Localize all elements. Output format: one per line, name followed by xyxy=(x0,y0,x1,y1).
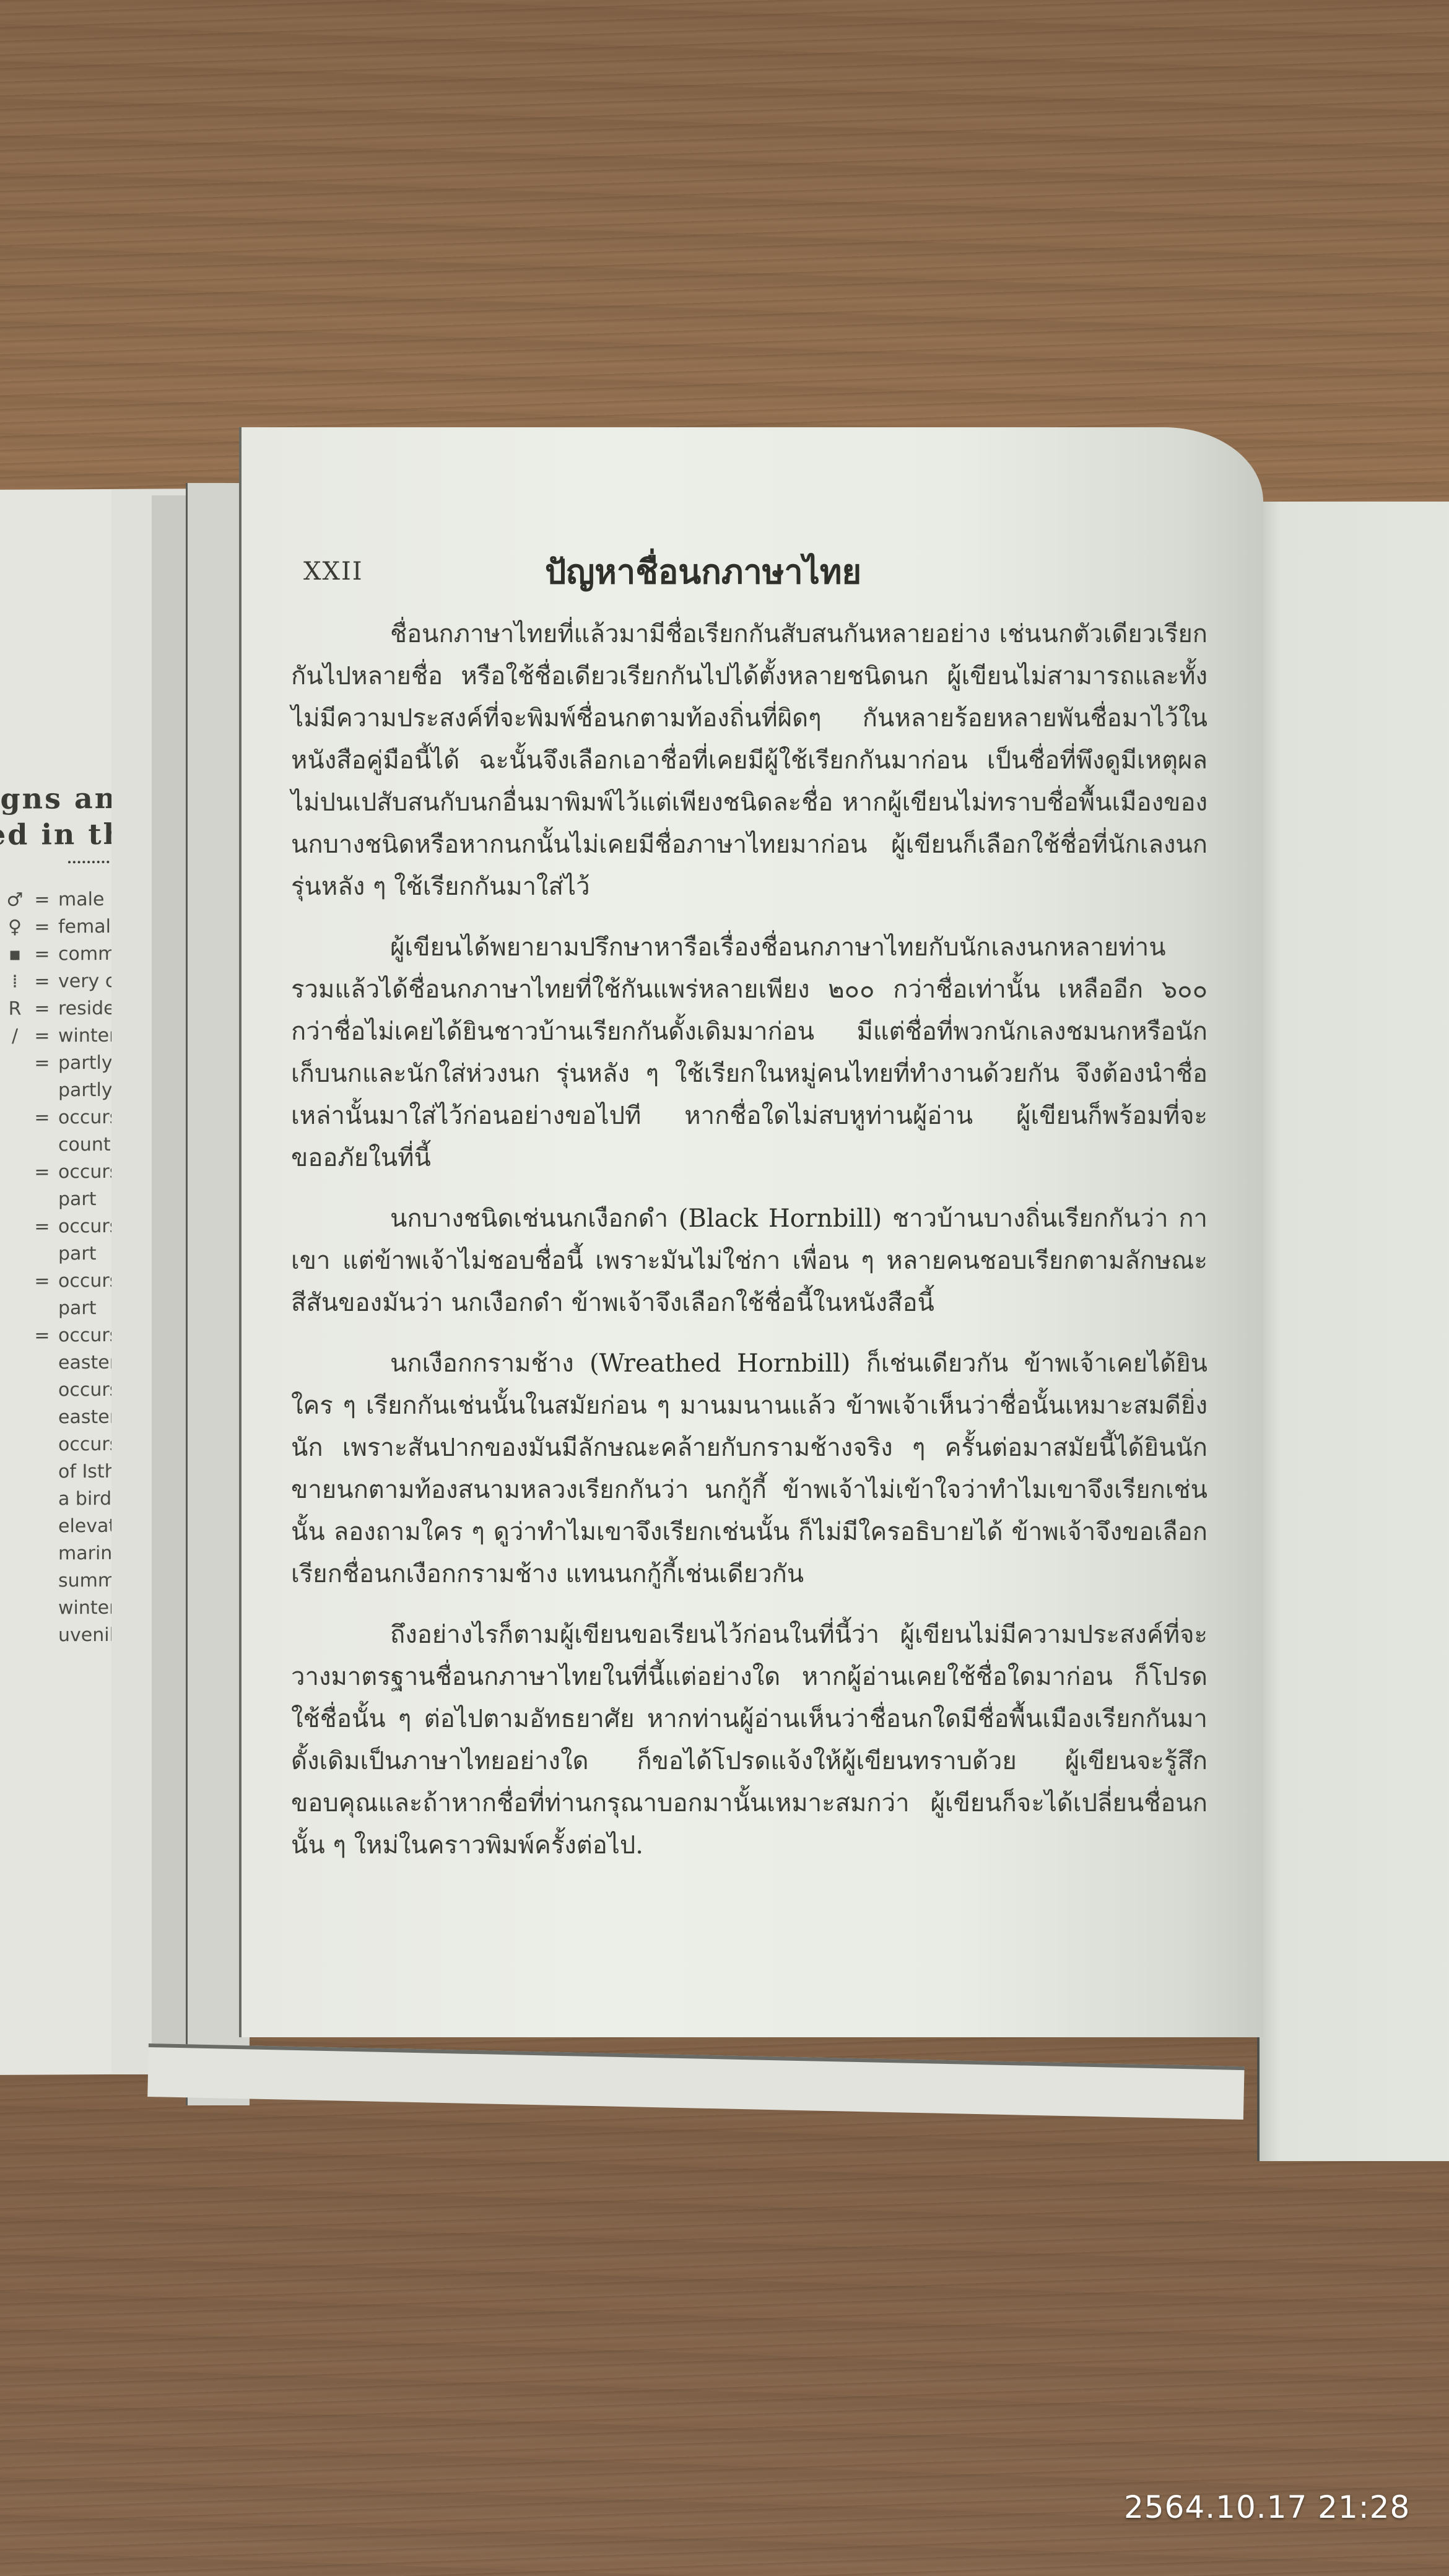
page-edge xyxy=(186,483,250,2105)
legend-equals: = xyxy=(30,970,54,992)
legend-equals: = xyxy=(30,1052,54,1074)
legend-symbol: ♀ xyxy=(0,916,30,938)
legend-equals: = xyxy=(30,1161,54,1183)
legend-text: male xyxy=(54,888,104,910)
paragraph-text: ก็เช่นเดียวกัน ข้าพเจ้าเคยได้ยินใคร ๆ เร… xyxy=(291,1349,1207,1588)
photo-timestamp: 2564.10.17 21:28 xyxy=(1124,2489,1410,2525)
paragraph-5: ถึงอย่างไรก็ตามผู้เขียนขอเรียนไว้ก่อนในท… xyxy=(291,1614,1207,1866)
legend-text: part xyxy=(54,1297,97,1319)
paragraph-4-wreathed-hornbill: นกเงือกกรามช้าง (Wreathed Hornbill) ก็เช… xyxy=(291,1342,1207,1595)
english-species-name: (Wreathed Hornbill) xyxy=(590,1349,850,1378)
paragraph-1: ชื่อนกภาษาไทยที่แล้วมามีชื่อเรียกกันสับส… xyxy=(291,613,1207,908)
right-facing-page xyxy=(1257,502,1449,2161)
legend-symbol: ⁞ xyxy=(0,970,30,992)
legend-equals: = xyxy=(30,1270,54,1292)
legend-text: part xyxy=(54,1188,97,1210)
page-body: ชื่อนกภาษาไทยที่แล้วมามีชื่อเรียกกันสับส… xyxy=(291,613,1207,1885)
page-number: XXII xyxy=(303,557,363,586)
paragraph-text: นกเงือกกรามช้าง xyxy=(390,1349,590,1378)
legend-text: part xyxy=(54,1243,97,1264)
legend-symbol: R xyxy=(0,998,30,1019)
legend-symbol: / xyxy=(0,1025,30,1046)
legend-equals: = xyxy=(30,1107,54,1128)
legend-equals: = xyxy=(30,998,54,1019)
legend-symbol: ♂ xyxy=(0,889,30,910)
paragraph-3-black-hornbill: นกบางชนิดเช่นนกเงือกดำ (Black Hornbill) … xyxy=(291,1198,1207,1324)
english-species-name: (Black Hornbill) xyxy=(679,1204,882,1233)
legend-equals: = xyxy=(30,889,54,910)
legend-equals: = xyxy=(30,1025,54,1046)
legend-equals: = xyxy=(30,1325,54,1346)
legend-equals: = xyxy=(30,1216,54,1237)
legend-equals: = xyxy=(30,943,54,965)
page-edge-shadow xyxy=(152,495,186,2081)
page-stack-bottom-edge xyxy=(147,2043,1244,2120)
paragraph-text: นกบางชนิดเช่นนกเงือกดำ xyxy=(390,1204,679,1233)
paragraph-2: ผู้เขียนได้พยายามปรึกษาหารือเรื่องชื่อนก… xyxy=(291,926,1207,1179)
page-title: ปัญหาชื่อนกภาษาไทย xyxy=(545,545,861,598)
legend-symbol: ▪ xyxy=(0,943,30,965)
legend-equals: = xyxy=(30,916,54,938)
